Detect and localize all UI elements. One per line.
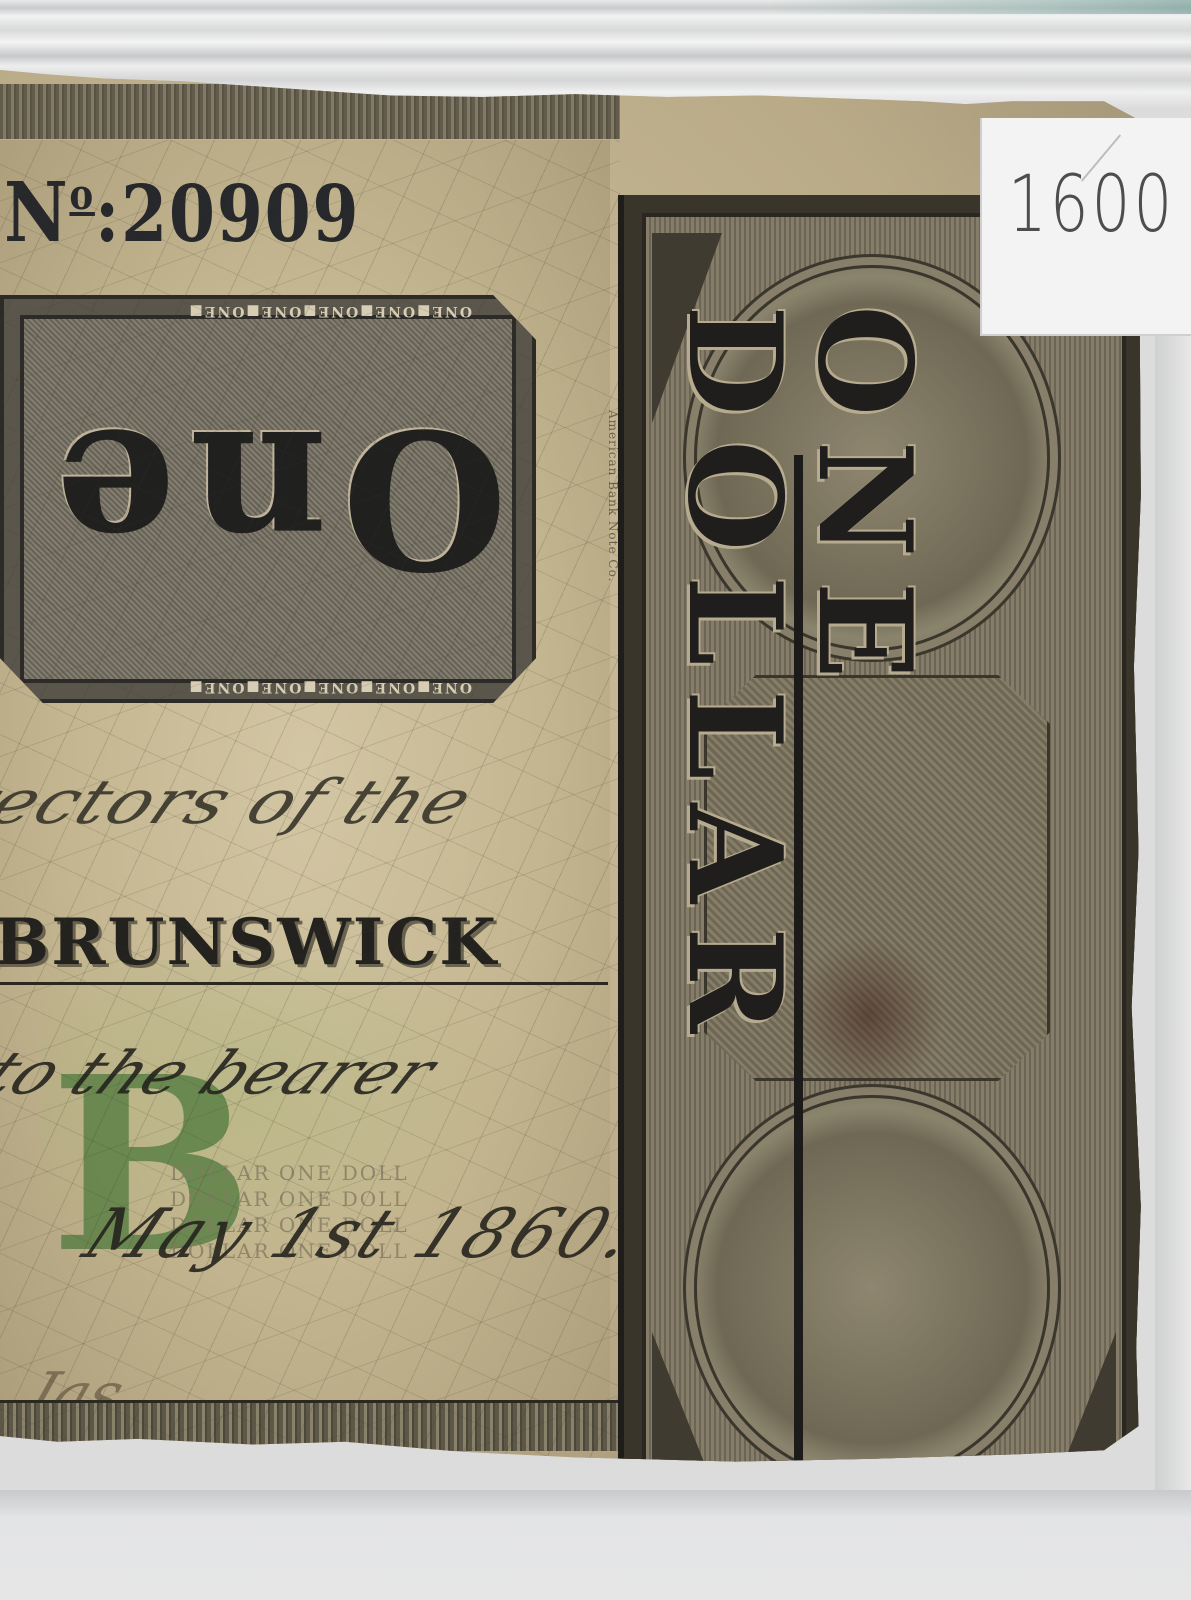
bank-name-rule xyxy=(0,982,608,985)
holder-edge-tint xyxy=(771,0,1191,14)
serial-number: No:20909 xyxy=(4,165,360,261)
serial-suffix: o xyxy=(69,170,95,219)
denomination-panel: ONE■ONE■ONE■ONE■ONE■ ONE■ONE■ONE■ONE■ONE… xyxy=(0,295,536,703)
serial-prefix: N xyxy=(4,165,69,261)
bottom-border-band xyxy=(0,1400,620,1451)
label-number: 1600 xyxy=(1008,160,1175,250)
slab-holder-bottom xyxy=(0,1490,1191,1600)
end-panel: ONE DOLLAR xyxy=(618,195,1144,1520)
bearer-line: to the bearer xyxy=(0,1039,449,1108)
end-panel-denomination: ONE DOLLAR xyxy=(799,305,929,1455)
corner-triangle xyxy=(1056,1332,1116,1482)
inventory-label: 1600 xyxy=(980,118,1191,336)
engraver-imprint: American Bank Note Co. xyxy=(598,410,620,810)
frame-text-top: ONE■ONE■ONE■ONE■ONE■ xyxy=(64,303,472,319)
bank-name: BRUNSWICK xyxy=(0,905,498,980)
slab-holder-right xyxy=(1155,330,1191,1490)
frame-text-bottom: ONE■ONE■ONE■ONE■ONE■ xyxy=(64,679,472,695)
serial-digits: 20909 xyxy=(121,169,360,260)
banknote: No:20909 ONE■ONE■ONE■ONE■ONE■ ONE■ONE■ON… xyxy=(0,70,1150,1490)
corner-triangle xyxy=(652,1332,712,1482)
microprint-line: DOLLAR ONE DOLL xyxy=(170,1160,409,1186)
script-text-line: rectors of the xyxy=(0,766,485,837)
date-line: May 1st 1860. xyxy=(72,1195,653,1274)
denomination-word: One xyxy=(64,359,484,639)
signature-rule xyxy=(0,1472,450,1474)
